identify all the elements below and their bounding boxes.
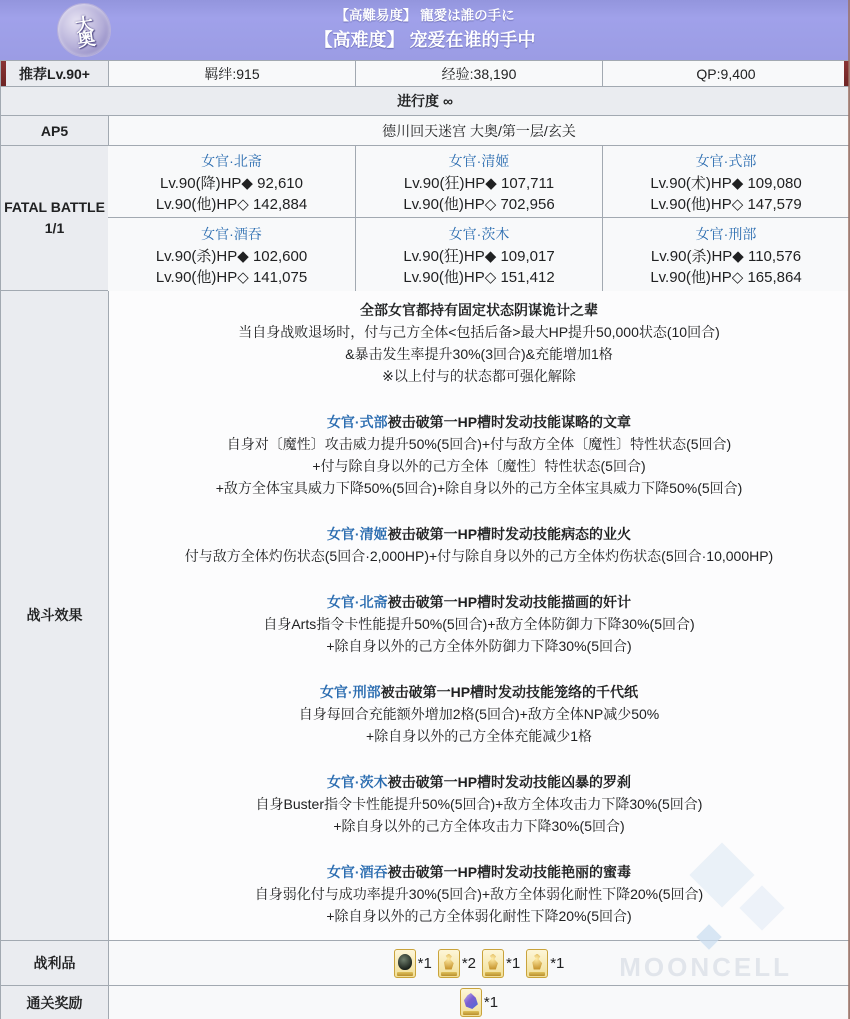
- effect-line: 自身对〔魔性〕攻击威力提升50%(5回合)+付与敌方全体〔魔性〕特性状态(5回合…: [109, 433, 849, 455]
- clear-reward-label: 通关奖励: [1, 986, 108, 1019]
- golden-statue-icon[interactable]: [438, 949, 460, 978]
- effect-header: 女官·式部被击破第一HP槽时发动技能谋略的文章: [109, 411, 849, 433]
- quest-title-chinese: 【高难度】 宠爱在谁的手中: [315, 27, 536, 55]
- effect-skill-name: 笼络的千代纸: [554, 684, 638, 700]
- enemy-link-shuten[interactable]: 女官·酒吞: [201, 224, 262, 244]
- effect-header-text: 被击破第一HP槽时发动技能: [388, 526, 561, 542]
- effect-line: &暴击发生率提升30%(3回合)&充能增加1格: [109, 343, 849, 365]
- battle-effects-section: 战斗效果 全部女官都持有固定状态阴谋诡计之辈 当自身战败退场时，付与己方全体<包…: [0, 290, 850, 940]
- effect-section-global: 全部女官都持有固定状态阴谋诡计之辈 当自身战败退场时，付与己方全体<包括后备>最…: [109, 299, 849, 387]
- drop-count: *2: [462, 955, 476, 972]
- effect-section-osakabe: 女官·刑部被击破第一HP槽时发动技能笼络的千代纸 自身每回合充能额外增加2格(5…: [109, 681, 849, 747]
- effect-header: 女官·北斋被击破第一HP槽时发动技能描画的奸计: [109, 591, 849, 613]
- fatal-battle-label: FATAL BATTLE 1/1: [1, 146, 108, 290]
- enemy-cell: 女官·酒吞 Lv.90(杀)HP◆ 102,600 Lv.90(他)HP◇ 14…: [108, 218, 355, 291]
- effect-skill-name: 凶暴的罗刹: [561, 774, 631, 790]
- reward-item: *1: [460, 988, 498, 1017]
- right-edge-strip: [844, 61, 849, 86]
- effect-header: 女官·茨木被击破第一HP槽时发动技能凶暴的罗刹: [109, 771, 849, 793]
- enemy-link-shikibu[interactable]: 女官·式部: [696, 151, 757, 171]
- effect-header-text: 被击破第一HP槽时发动技能: [388, 864, 561, 880]
- drops-content: *1 *2 *1 *1: [108, 941, 849, 985]
- effect-skill-name: 病态的业火: [561, 526, 631, 542]
- effect-skill-name: 谋略的文章: [561, 414, 631, 430]
- effect-line: +敌方全体宝具威力下降50%(5回合)+除自身以外的己方全体宝具威力下降50%(…: [109, 477, 849, 499]
- effect-section-hokusai: 女官·北斋被击破第一HP槽时发动技能描画的奸计 自身Arts指令卡性能提升50%…: [109, 591, 849, 657]
- effect-line: +除自身以外的己方全体外防御力下降30%(5回合): [109, 635, 849, 657]
- fatal-battle-text: FATAL BATTLE: [4, 197, 105, 218]
- clear-reward-row: 通关奖励 *1: [0, 985, 850, 1019]
- enemy-hp-bar2: Lv.90(他)HP◇ 151,412: [403, 267, 554, 288]
- enemy-hp-bar2: Lv.90(他)HP◇ 702,956: [403, 194, 554, 215]
- enemy-grid: 女官·北斋 Lv.90(降)HP◆ 92,610 Lv.90(他)HP◇ 142…: [108, 146, 849, 290]
- golden-statue-glyph: [442, 954, 456, 970]
- enemy-cell: 女官·清姬 Lv.90(狂)HP◆ 107,711 Lv.90(他)HP◇ 70…: [355, 146, 602, 218]
- ap-cost: AP5: [1, 116, 108, 145]
- golden-statue-icon[interactable]: [526, 949, 548, 978]
- dark-pot-icon[interactable]: [394, 949, 416, 978]
- drops-label: 战利品: [1, 941, 108, 985]
- effect-line: +除自身以外的己方全体弱化耐性下降20%(5回合): [109, 905, 849, 927]
- golden-statue-glyph: [486, 954, 500, 970]
- quest-header: 大奥 【高難易度】 寵愛は誰の手に 【高难度】 宠爱在谁的手中: [0, 0, 850, 60]
- enemy-cell: 女官·刑部 Lv.90(杀)HP◆ 110,576 Lv.90(他)HP◇ 16…: [602, 218, 849, 291]
- enemy-link-ibaraki[interactable]: 女官·茨木: [449, 224, 510, 244]
- effect-section-ibaraki: 女官·茨木被击破第一HP槽时发动技能凶暴的罗刹 自身Buster指令卡性能提升5…: [109, 771, 849, 837]
- enemy-hp-bar2: Lv.90(他)HP◇ 141,075: [156, 267, 307, 288]
- purple-crystal-glyph: [464, 993, 478, 1009]
- enemy-hp-bar1: Lv.90(狂)HP◆ 107,711: [404, 173, 554, 194]
- quest-location: 德川回天迷宫 大奥/第一层/玄关: [108, 116, 849, 145]
- effect-header: 女官·酒吞被击破第一HP槽时发动技能艳丽的蜜毒: [109, 861, 849, 883]
- battle-effects-content: 全部女官都持有固定状态阴谋诡计之辈 当自身战败退场时，付与己方全体<包括后备>最…: [108, 291, 849, 940]
- enemy-link-osakabe[interactable]: 女官·刑部: [696, 224, 757, 244]
- bond-points: 羁绊:915: [108, 61, 355, 86]
- effect-enemy-link[interactable]: 女官·清姬: [327, 526, 388, 542]
- battle-section: FATAL BATTLE 1/1 女官·北斋 Lv.90(降)HP◆ 92,61…: [0, 145, 850, 290]
- ooku-emblem-icon: 大奥: [54, 0, 115, 60]
- enemy-hp-bar2: Lv.90(他)HP◇ 142,884: [156, 194, 307, 215]
- quest-title-japanese: 【高難易度】 寵愛は誰の手に: [315, 6, 536, 27]
- effect-line: ※以上付与的状态都可强化解除: [109, 365, 849, 387]
- golden-statue-glyph: [530, 954, 544, 970]
- left-edge-strip: [1, 61, 6, 86]
- golden-statue-icon[interactable]: [482, 949, 504, 978]
- effect-header-text: 被击破第一HP槽时发动技能: [381, 684, 554, 700]
- battle-effects-label: 战斗效果: [1, 291, 108, 940]
- effect-section-kiyohime: 女官·清姬被击破第一HP槽时发动技能病态的业火 付与敌方全体灼伤状态(5回合·2…: [109, 523, 849, 567]
- effect-line: +除自身以外的己方全体充能减少1格: [109, 725, 849, 747]
- effect-enemy-link[interactable]: 女官·酒吞: [327, 864, 388, 880]
- reward-items: *1: [460, 988, 498, 1017]
- enemy-hp-bar1: Lv.90(杀)HP◆ 102,600: [156, 246, 307, 267]
- drop-count: *1: [418, 955, 432, 972]
- dark-pot-glyph: [398, 954, 412, 970]
- effect-line: 自身Buster指令卡性能提升50%(5回合)+敌方全体攻击力下降30%(5回合…: [109, 793, 849, 815]
- effect-header: 全部女官都持有固定状态阴谋诡计之辈: [109, 299, 849, 321]
- enemy-hp-bar1: Lv.90(降)HP◆ 92,610: [160, 173, 303, 194]
- progress-row: 进行度 ∞: [0, 86, 850, 115]
- effect-section-shuten: 女官·酒吞被击破第一HP槽时发动技能艳丽的蜜毒 自身弱化付与成功率提升30%(5…: [109, 861, 849, 927]
- quest-info-card: 大奥 【高難易度】 寵愛は誰の手に 【高难度】 宠爱在谁的手中 推荐Lv.90+…: [0, 0, 850, 1019]
- ap-row: AP5 德川回天迷宫 大奥/第一层/玄关: [0, 115, 850, 145]
- effect-line: +付与除自身以外的己方全体〔魔性〕特性状态(5回合): [109, 455, 849, 477]
- drop-count: *1: [550, 955, 564, 972]
- drop-item: *1: [394, 949, 432, 978]
- effect-line: 自身弱化付与成功率提升30%(5回合)+敌方全体弱化耐性下降20%(5回合): [109, 883, 849, 905]
- enemy-hp-bar2: Lv.90(他)HP◇ 165,864: [650, 267, 801, 288]
- drop-item: *1: [482, 949, 520, 978]
- enemy-cell: 女官·茨木 Lv.90(狂)HP◆ 109,017 Lv.90(他)HP◇ 15…: [355, 218, 602, 291]
- effect-skill-name: 描画的奸计: [561, 594, 631, 610]
- enemy-cell: 女官·北斋 Lv.90(降)HP◆ 92,610 Lv.90(他)HP◇ 142…: [108, 146, 355, 218]
- drops-row: 战利品 *1 *2 *1 *1: [0, 940, 850, 985]
- quest-titles: 【高難易度】 寵愛は誰の手に 【高难度】 宠爱在谁的手中: [315, 6, 536, 55]
- effect-line: 付与敌方全体灼伤状态(5回合·2,000HP)+付与除自身以外的己方全体灼伤状态…: [109, 545, 849, 567]
- reward-count: *1: [484, 994, 498, 1011]
- effect-enemy-link[interactable]: 女官·刑部: [320, 684, 381, 700]
- purple-crystal-icon[interactable]: [460, 988, 482, 1017]
- effect-line: 当自身战败退场时，付与己方全体<包括后备>最大HP提升50,000状态(10回合…: [109, 321, 849, 343]
- drop-items: *1 *2 *1 *1: [394, 949, 565, 978]
- enemy-cell: 女官·式部 Lv.90(术)HP◆ 109,080 Lv.90(他)HP◇ 14…: [602, 146, 849, 218]
- effect-header-text: 被击破第一HP槽时发动技能: [388, 414, 561, 430]
- enemy-hp-bar2: Lv.90(他)HP◇ 147,579: [650, 194, 801, 215]
- effect-enemy-link[interactable]: 女官·茨木: [327, 774, 388, 790]
- enemy-hp-bar1: Lv.90(杀)HP◆ 110,576: [651, 246, 801, 267]
- enemy-link-kiyohime[interactable]: 女官·清姬: [449, 151, 510, 171]
- effect-skill-name: 艳丽的蜜毒: [561, 864, 631, 880]
- effect-header-text: 全部女官都持有固定状态: [360, 302, 514, 318]
- stats-row: 推荐Lv.90+ 羁绊:915 经验:38,190 QP:9,400: [0, 60, 850, 86]
- effect-line: +除自身以外的己方全体攻击力下降30%(5回合): [109, 815, 849, 837]
- effect-header: 女官·清姬被击破第一HP槽时发动技能病态的业火: [109, 523, 849, 545]
- progress-label: 进行度 ∞: [1, 87, 849, 115]
- drop-item: *2: [438, 949, 476, 978]
- effect-enemy-link[interactable]: 女官·北斋: [327, 594, 388, 610]
- recommended-level: 推荐Lv.90+: [1, 61, 108, 86]
- effect-header-text: 被击破第一HP槽时发动技能: [388, 594, 561, 610]
- effect-header-text: 被击破第一HP槽时发动技能: [388, 774, 561, 790]
- qp-reward: QP:9,400: [602, 61, 849, 86]
- enemy-link-hokusai[interactable]: 女官·北斋: [201, 151, 262, 171]
- effect-enemy-link[interactable]: 女官·式部: [327, 414, 388, 430]
- wave-counter: 1/1: [45, 218, 64, 239]
- effect-section-shikibu: 女官·式部被击破第一HP槽时发动技能谋略的文章 自身对〔魔性〕攻击威力提升50%…: [109, 411, 849, 499]
- effect-line: 自身Arts指令卡性能提升50%(5回合)+敌方全体防御力下降30%(5回合): [109, 613, 849, 635]
- enemy-hp-bar1: Lv.90(狂)HP◆ 109,017: [403, 246, 554, 267]
- drop-item: *1: [526, 949, 564, 978]
- effect-header: 女官·刑部被击破第一HP槽时发动技能笼络的千代纸: [109, 681, 849, 703]
- effect-line: 自身每回合充能额外增加2格(5回合)+敌方全体NP减少50%: [109, 703, 849, 725]
- drop-count: *1: [506, 955, 520, 972]
- exp-points: 经验:38,190: [355, 61, 602, 86]
- emblem-text: 大奥: [69, 13, 99, 46]
- effect-skill-name: 阴谋诡计之辈: [514, 302, 598, 318]
- enemy-hp-bar1: Lv.90(术)HP◆ 109,080: [650, 173, 801, 194]
- clear-reward-content: *1: [108, 986, 849, 1019]
